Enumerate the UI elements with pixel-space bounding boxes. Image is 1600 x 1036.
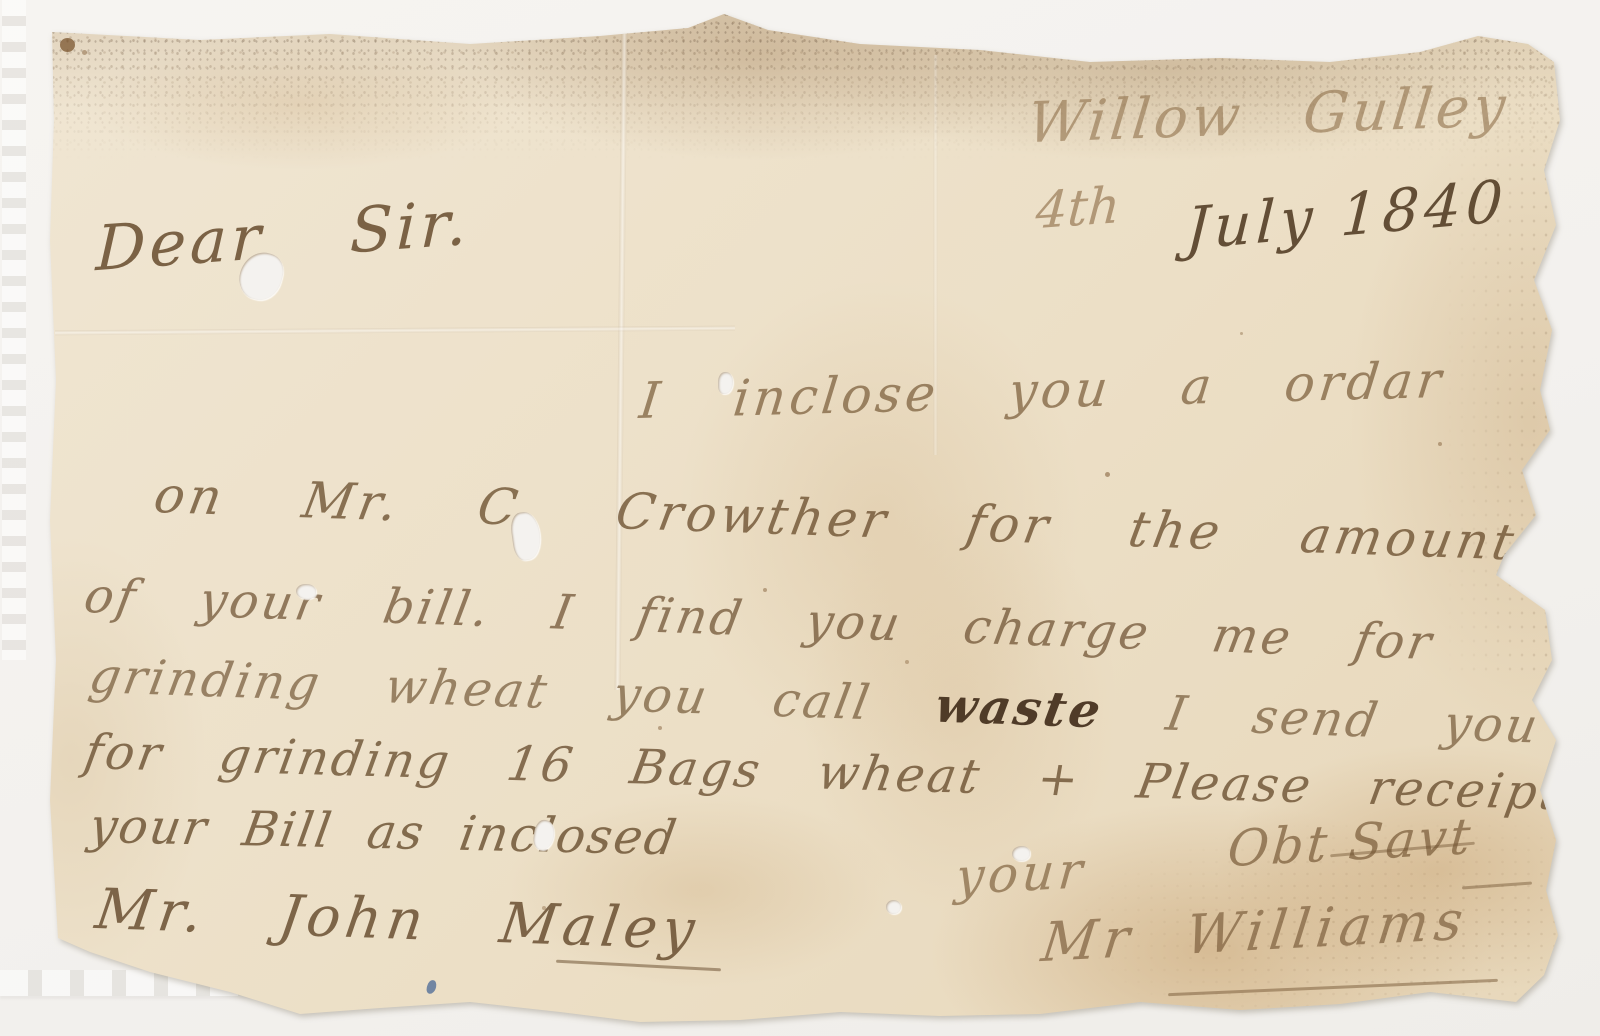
body-line-4-emphasis-waste: waste (931, 678, 1108, 740)
body-line-6: your Bill as inclosed (86, 802, 681, 862)
body-line-4-pre: grinding wheat you call (85, 648, 940, 733)
signature: Mr Williams (1039, 893, 1472, 970)
underline-flourish-addressee (556, 960, 721, 972)
paper-hole-your (296, 584, 316, 599)
underline-flourish-signature (1168, 979, 1498, 996)
letter-paper: Willow Gulley 4th July 1840 Dear Sir. I … (0, 0, 1600, 1036)
dateline-day: 4th (1034, 180, 1121, 236)
underline-flourish-savt (1462, 882, 1532, 890)
ink-fleck (1438, 442, 1442, 446)
scanned-letter-image: Willow Gulley 4th July 1840 Dear Sir. I … (0, 0, 1600, 1036)
body-line-1: I inclose you a ordar (637, 355, 1447, 426)
dateline-place: Willow Gulley (1025, 79, 1512, 152)
paper-hole-closing (1012, 846, 1030, 861)
body-line-4-post: I send you (1098, 684, 1545, 755)
addressee-name: Mr. John Maley (92, 882, 703, 959)
body-line-2: on Mr. C. Crowther for the amount (151, 470, 1522, 567)
body-line-3: of your bill. I find you charge me for (81, 572, 1438, 667)
dateline-date: July 1840 (1184, 172, 1509, 259)
ink-blot (60, 38, 75, 52)
ink-fleck (82, 50, 87, 55)
ink-fleck (1240, 332, 1243, 335)
ink-fleck (1105, 472, 1110, 477)
paper-hole-bottom (886, 900, 901, 914)
ink-fleck (905, 660, 909, 664)
closing-word-obt-savt: Obt Savt (1226, 811, 1475, 874)
letter-paper-wrapper: Willow Gulley 4th July 1840 Dear Sir. I … (0, 0, 1600, 1036)
fold-crease-horizontal (55, 326, 735, 336)
ink-fleck (658, 726, 662, 730)
